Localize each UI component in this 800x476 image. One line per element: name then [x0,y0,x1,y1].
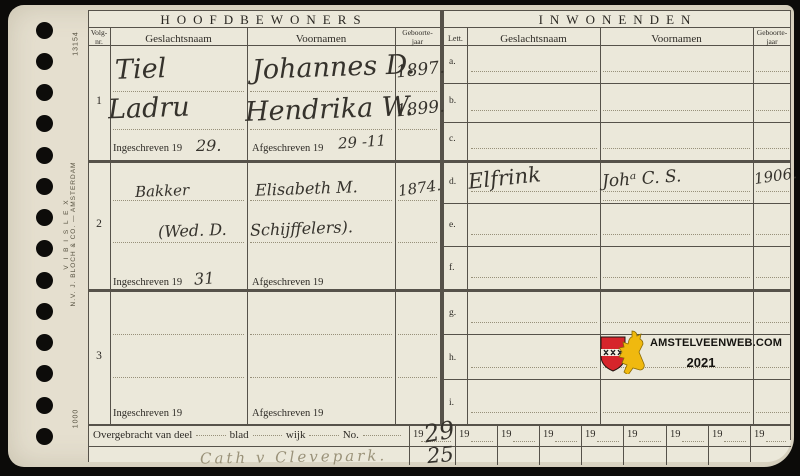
row-letter: i. [449,398,454,408]
grid-line [444,203,791,204]
punch-hole [36,334,53,351]
writing-line [471,277,597,278]
grid-line [790,10,791,440]
writing-line [603,110,750,111]
overgebracht-row: Overgebracht van deel blad wijk No. [93,429,405,441]
punch-hole [36,209,53,226]
row-letter: g. [449,308,456,318]
writing-line [471,367,597,368]
writing-line [471,234,597,235]
writing-line [756,110,789,111]
fill-in-line [682,441,704,442]
punch-hole [36,272,53,289]
column-header-surname: Geslachtsnaam [467,33,600,45]
watermark-site: AMSTELVEENWEB.COM [650,337,752,349]
column-header-lett: Lett. [444,34,467,43]
ingeschreven-value: 29. [196,136,221,155]
writing-line [603,148,750,149]
grid-line [444,122,791,123]
year-cell: 19 [627,429,638,440]
writing-line [250,377,392,378]
writing-line [113,377,244,378]
writing-line [113,334,244,335]
row-letter: a. [449,57,456,67]
column-header-firstnames: Voornamen [600,33,753,45]
fill-in-line [766,441,786,442]
row-letter: e. [449,220,456,230]
row-letter: b. [449,96,456,106]
writing-line [603,234,750,235]
grid-line [708,424,709,465]
writing-line [250,200,392,201]
left-section-title: HOOFDBEWONERS [88,12,440,28]
afgeschreven-value: 29 -11 [337,131,386,152]
population-register-card-scan: 13154 V I B I S L E X N.V. J. BLOCH & CO… [0,0,800,476]
writing-line [603,277,750,278]
writing-line [113,129,244,130]
fill-in-line [639,441,661,442]
row-letter: c. [449,134,456,144]
writing-line [756,412,789,413]
fill-in-line [513,441,535,442]
punch-hole [36,365,53,382]
punch-hole [36,303,53,320]
watermark-year: 2021 [650,355,752,370]
writing-line [756,367,789,368]
punch-hole [36,53,53,70]
watermark: AMSTELVEENWEB.COM 2021 [600,330,752,378]
year-cell: 19 [670,429,681,440]
fill-in-line [555,441,577,442]
grid-line [444,379,791,380]
grid-line [395,27,396,424]
grid-line [750,424,751,462]
year-cell: 19 [754,429,765,440]
blad-label: blad [230,429,249,441]
writing-line [471,71,597,72]
handwritten-surname: Tiel [114,53,166,86]
writing-line [603,191,750,192]
grid-line [409,424,410,465]
writing-line [756,71,789,72]
grid-line [753,27,754,424]
handwritten-surname: Bakker [135,181,190,201]
punch-hole [36,240,53,257]
punch-hole [36,115,53,132]
year-cell: 19 [585,429,596,440]
grid-line [455,424,456,465]
row-number: 3 [90,350,108,362]
year-cell: 19 [543,429,554,440]
writing-line [250,129,392,130]
column-header-birthyear: Geboorte- jaar [753,29,791,46]
writing-line [603,200,750,201]
handwritten-surname: Ladru [107,92,190,126]
year-cell: 19 [501,429,512,440]
no-label: No. [343,429,359,441]
row-number: 2 [90,218,108,230]
handwritten-surname: (Wed. D. [158,220,227,241]
punch-hole [36,22,53,39]
punch-hole [36,397,53,414]
right-section-title: INWONENDEN [445,12,791,28]
row-letter: f. [449,263,455,273]
form-serial-top: 13154 [73,14,80,74]
ingeschreven-label: Ingeschreven 19 [113,277,182,288]
column-header-birthyear: Geboorte- jaar [395,29,440,46]
year-cell: 19 [459,429,470,440]
fill-in-line [597,441,619,442]
writing-line [471,322,597,323]
writing-line [603,412,750,413]
writing-line [398,242,437,243]
fill-in-line [724,441,746,442]
grid-line [444,246,791,247]
writing-line [398,334,437,335]
row-letter: h. [449,353,456,363]
writing-line [398,129,437,130]
fill-in-line [196,435,225,436]
grid-line [88,10,89,462]
writing-line [756,148,789,149]
writing-line [756,277,789,278]
column-header-volgnr: Volg- nr. [88,29,110,46]
writing-line [250,334,392,335]
handwritten-number: 25 [426,442,455,468]
afgeschreven-label: Afgeschreven 19 [252,277,323,288]
writing-line [113,242,244,243]
year-cell: 19 [712,429,723,440]
grid-line [497,424,498,465]
handwritten-firstnames: Johannes D. [252,49,416,86]
form-serial-bottom: 1000 [73,389,80,449]
printer-brand: V I B I S L E X [63,119,70,349]
ingeschreven-value: 31 [193,268,215,288]
printer-brand-sub: N.V. J. BLOCH & CO. — AMSTERDAM [70,119,77,349]
handwritten-firstnames: Schijffelers). [250,217,353,240]
writing-line [756,234,789,235]
handwritten-firstnames: Elisabeth M. [255,177,358,200]
ingeschreven-label: Ingeschreven 19 [113,408,182,419]
year-prefix: 19 [413,429,424,440]
writing-line [398,200,437,201]
writing-line [471,148,597,149]
punch-hole [36,428,53,445]
grid-line [110,27,111,424]
writing-line [756,322,789,323]
afgeschreven-label: Afgeschreven 19 [252,408,323,419]
writing-line [250,242,392,243]
writing-line [756,191,789,192]
writing-line [603,71,750,72]
writing-line [471,412,597,413]
grid-line [666,424,667,465]
row-number: 1 [90,95,108,107]
overgebracht-label: Overgebracht van deel [93,429,192,441]
grid-line [539,424,540,465]
row-letter: d. [449,177,456,187]
handwritten-firstnames: Hendrika W. [245,91,414,128]
column-header-firstnames: Voornamen [247,33,395,45]
grid-line [581,424,582,465]
column-header-surname: Geslachtsnaam [110,33,247,45]
fill-in-line [309,435,338,436]
punch-hole [36,84,53,101]
writing-line [603,322,750,323]
afgeschreven-label: Afgeschreven 19 [252,143,323,154]
writing-line [398,377,437,378]
punch-hole [36,147,53,164]
grid-line [623,424,624,465]
fill-in-line [253,435,282,436]
fill-in-line [471,441,493,442]
grid-line [467,27,468,424]
writing-line [113,200,244,201]
ingeschreven-label: Ingeschreven 19 [113,143,182,154]
pencil-address-note: Cath v Clevepark. [200,446,387,467]
writing-line [471,110,597,111]
fill-in-line [363,435,401,436]
grid-line [444,83,791,84]
wijk-label: wijk [286,429,306,441]
lion-rampant-icon [617,330,647,374]
punch-hole [36,178,53,195]
grid-line [247,27,248,424]
